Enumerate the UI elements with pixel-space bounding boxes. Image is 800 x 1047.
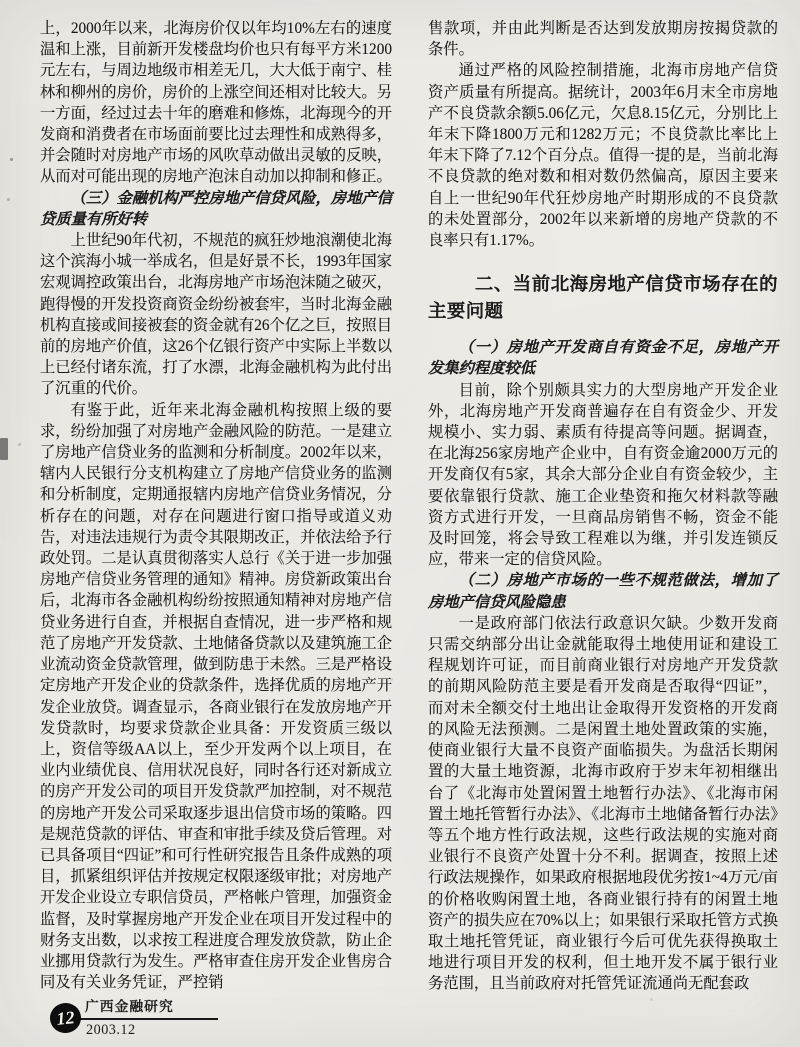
right-column: 售款项，并由此判断是否达到发放期房按揭贷款的条件。 通过严格的风险控制措施，北海… xyxy=(428,18,778,995)
section-heading-2: 二、当前北海房地产信贷市场存在的主要问题 xyxy=(428,270,778,324)
journal-issue: 2003.12 xyxy=(78,1020,218,1039)
paragraph: 通过严格的风险控制措施，北海市房地产信贷资产质量有所提高。据统计，2003年6月… xyxy=(428,60,778,251)
scan-speck xyxy=(10,158,13,161)
paragraph: 目前，除个别颇具实力的大型房地产开发企业外，北海房地产开发商普遍存在自有资金少、… xyxy=(428,380,778,571)
subsection-heading-3: （三）金融机构严控房地产信贷风险，房地产信贷质量有所好转 xyxy=(40,188,392,230)
journal-title: 广西金融研究 xyxy=(78,998,218,1020)
paragraph: 一是政府部门依法行政意识欠缺。少数开发商只需交纳部分出让金就能取得土地使用证和建… xyxy=(428,613,778,995)
subsection-heading-2: （二）房地产市场的一些不规范做法，增加了房地产信贷风险隐患 xyxy=(428,570,778,612)
paragraph: 上世纪90年代初，不规范的疯狂炒地浪潮使北海这个滨海小城一举成名，但是好景不长，… xyxy=(40,230,392,400)
page-footer: 12 广西金融研究 2003.12 xyxy=(50,998,218,1039)
subsection-heading-1: （一）房地产开发商自有资金不足，房地产开发集约程度较低 xyxy=(428,337,778,379)
paragraph: 有鉴于此，近年来北海金融机构按照上级的要求，纷纷加强了对房地产金融风险的防范。一… xyxy=(40,400,392,994)
paragraph-continued: 上，2000年以来，北海房价仅以年均10%左右的速度温和上涨，目前新开发楼盘均价… xyxy=(40,18,392,188)
paragraph-continued: 售款项，并由此判断是否达到发放期房按揭贷款的条件。 xyxy=(428,18,778,60)
page-number: 12 xyxy=(55,1007,75,1030)
scan-edge-mark xyxy=(0,438,8,460)
journal-block: 广西金融研究 2003.12 xyxy=(78,998,218,1039)
scanned-journal-page: 上，2000年以来，北海房价仅以年均10%左右的速度温和上涨，目前新开发楼盘均价… xyxy=(0,0,800,1047)
left-column: 上，2000年以来，北海房价仅以年均10%左右的速度温和上涨，目前新开发楼盘均价… xyxy=(40,18,392,993)
